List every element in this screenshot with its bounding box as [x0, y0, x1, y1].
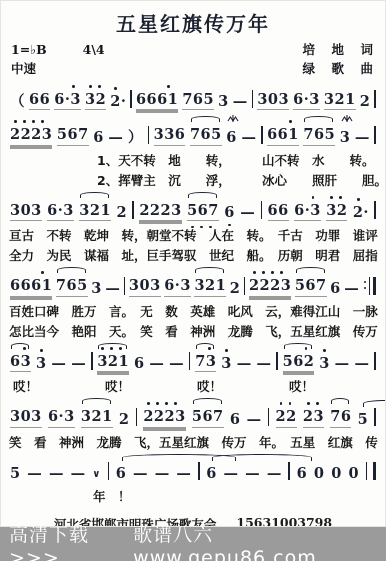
octave-dot-high-icon — [14, 120, 17, 123]
note-digits: 6·3 — [164, 278, 191, 296]
note-group: 2223 — [139, 200, 181, 221]
mordent-ornament-icon — [341, 114, 354, 123]
composer-credit: 绿 歌 曲 — [302, 59, 375, 77]
octave-dot-high-icon — [41, 120, 44, 123]
lyric-exclamation: 哎！ — [193, 377, 285, 395]
note-group: — — [335, 353, 350, 372]
note-group: — — [237, 353, 252, 372]
note-digits: — — [247, 412, 262, 428]
note-digits: 32 — [326, 203, 347, 221]
note-group: 2223 — [249, 275, 291, 296]
note-group: 2223 — [143, 406, 185, 427]
note-group: 336 — [154, 124, 186, 145]
repeat-end-barline — [363, 277, 376, 295]
final-barline — [366, 462, 376, 480]
repeat-dot — [364, 281, 367, 284]
barline — [136, 408, 138, 426]
note-digits: 321 — [97, 354, 129, 372]
note-digits: 23 — [303, 409, 324, 427]
octave-dot-high-icon — [98, 85, 101, 88]
notation-line: （666·3322·66617653—3036·33212 — [7, 78, 379, 113]
note-group: 66 — [29, 89, 50, 110]
footer-bar: 高清下载 >>> 歌谱八六 www.gepu86.com — [0, 527, 386, 561]
note-group: — — [71, 463, 86, 482]
slur-arc — [11, 343, 29, 349]
note-digits: — — [27, 466, 42, 482]
note-group: 321 — [324, 89, 356, 110]
notation-line: 633——3216——733——5623—— — [7, 340, 379, 375]
lyric-exclamation: 哎！ — [9, 377, 101, 395]
note-group: 562 — [283, 351, 315, 372]
note-digits: 32 — [85, 92, 106, 110]
note-digits: 66 — [268, 203, 289, 221]
barline — [374, 126, 376, 144]
octave-dot-high-icon — [280, 271, 283, 274]
note-group: 6·3 — [54, 89, 81, 110]
slur-arc — [196, 343, 214, 349]
note-digits: — — [241, 130, 256, 146]
barline — [288, 462, 290, 480]
note-group: 6 — [330, 278, 341, 297]
octave-dot-high-icon — [280, 402, 283, 405]
barline — [276, 352, 278, 370]
octave-dot-high-icon — [72, 85, 75, 88]
note-group: 23 — [303, 406, 324, 427]
octave-dot-high-icon — [225, 349, 228, 352]
note-digits: 6·3 — [293, 92, 320, 110]
lyrics-line: 年 ！ — [9, 487, 377, 505]
note-digits: 2223 — [143, 409, 185, 427]
header-row-2: 中速 绿 歌 曲 — [11, 59, 375, 77]
octave-dot-high-icon — [32, 120, 35, 123]
note-group: 567 — [192, 406, 224, 427]
key-meter-group: 1=♭B4\4 — [11, 42, 105, 57]
note-digits: 3 — [218, 94, 229, 110]
note-digits: 6·3 — [294, 203, 321, 221]
score-page: 五星红旗传万年 1=♭B4\4 培 地 词 中速 绿 歌 曲 （666·3322… — [0, 0, 386, 561]
note-digits: ∨ — [92, 469, 101, 480]
barline — [108, 462, 110, 480]
octave-dot-high-icon — [323, 349, 326, 352]
note-group: 2· — [110, 91, 126, 110]
note-group: 2· — [353, 202, 369, 221]
note-group: 6 — [226, 127, 237, 146]
note-group: — — [344, 278, 359, 297]
note-group: — — [267, 463, 282, 482]
note-group: 2 — [360, 91, 371, 110]
barline — [261, 126, 263, 144]
note-digits: 2 — [360, 94, 371, 110]
header-row-1: 1=♭B4\4 培 地 词 — [11, 40, 375, 58]
note-digits: — — [51, 356, 66, 372]
note-group: 5 — [10, 463, 21, 482]
note-group: 6·3 — [293, 89, 320, 110]
download-link[interactable]: 高清下载 >>> — [9, 520, 133, 561]
note-group: 6 — [206, 463, 217, 482]
note-digits: 2223 — [139, 203, 181, 221]
octave-dot-high-icon — [316, 402, 319, 405]
octave-dot-high-icon — [253, 271, 256, 274]
note-group: 3 — [319, 353, 330, 372]
note-group: 6 — [116, 463, 127, 482]
note-digits: — — [155, 466, 170, 482]
octave-dot-high-icon — [167, 85, 170, 88]
tie-arc — [363, 400, 386, 407]
note-digits: 6·3 — [48, 409, 75, 427]
note-group: 567 — [295, 275, 327, 296]
note-digits: ） — [128, 130, 143, 146]
note-group: 63 — [10, 351, 31, 372]
barline — [374, 352, 376, 370]
note-group: 6·3 — [48, 406, 75, 427]
note-group: 6·3 — [47, 200, 74, 221]
note-digits: — — [223, 466, 238, 482]
notation-line: 3036·3321222235676—666·3322· — [7, 189, 379, 224]
note-digits: 22 — [276, 409, 297, 427]
note-digits: 2 — [119, 412, 130, 428]
note-group: 3 — [36, 353, 47, 372]
note-digits: 6 — [134, 356, 145, 372]
barline — [148, 126, 150, 144]
note-digits: 6661 — [136, 92, 178, 110]
lyrics-line: 全力 为民 谋福 址，巨手驾驭 世纪 船。 历朝 明君 屈指 数， — [9, 246, 377, 264]
note-group: — — [108, 127, 123, 146]
note-group: 3 — [218, 91, 229, 110]
note-group: — — [257, 353, 272, 372]
note-group: — — [241, 127, 256, 146]
note-digits: 765 — [190, 127, 222, 145]
sheet-area: 五星红旗传万年 1=♭B4\4 培 地 词 中速 绿 歌 曲 （666·3322… — [0, 0, 386, 527]
note-group: 765 — [182, 89, 214, 110]
note-digits: — — [71, 356, 86, 372]
note-digits: 303 — [257, 92, 289, 110]
slur-arc — [296, 267, 325, 273]
octave-dot-high-icon — [147, 402, 150, 405]
note-group: 6661 — [136, 89, 178, 110]
slur-arc — [80, 192, 109, 198]
note-digits: 6 — [93, 130, 104, 146]
note-digits: — — [176, 466, 191, 482]
barline — [124, 277, 126, 295]
octave-dot-high-icon — [23, 120, 26, 123]
note-group: 6·3 — [164, 275, 191, 296]
note-group: 0 — [348, 463, 359, 482]
slur-arc — [331, 398, 349, 404]
octave-dot-high-icon — [289, 402, 292, 405]
breath-mark: ∨ — [92, 462, 101, 481]
note-group: 6 — [230, 409, 241, 428]
note-group: 66 — [268, 200, 289, 221]
note-digits: 6 — [330, 281, 341, 297]
note-digits: — — [257, 356, 272, 372]
slur-arc — [195, 267, 224, 273]
note-group: 5 — [358, 409, 369, 428]
note-digits: 73 — [195, 354, 216, 372]
note-digits: — — [49, 466, 64, 482]
note-digits: 321 — [324, 92, 356, 110]
slur-arc — [57, 267, 86, 273]
note-group: — — [169, 353, 184, 372]
notation-line: 3036·3321222235676—2223765 — [7, 395, 379, 430]
note-group: 765 — [190, 124, 222, 145]
note-group: 661 — [267, 124, 299, 145]
note-digits: 2223 — [10, 127, 52, 145]
note-digits: 6 — [206, 466, 217, 482]
notation-line: 66617653—3036·3321222235676— — [7, 264, 379, 299]
tempo-marking: 中速 — [11, 59, 36, 77]
note-group: 6 — [93, 127, 104, 146]
note-group: 6661 — [10, 275, 52, 296]
octave-dot-high-icon — [41, 271, 44, 274]
note-group: — — [71, 353, 86, 372]
note-digits: 3 — [91, 281, 102, 297]
note-digits: 2223 — [249, 278, 291, 296]
octave-dot-high-icon — [174, 402, 177, 405]
parenthesis: ） — [128, 127, 143, 146]
slur-arc — [193, 398, 222, 404]
note-digits: 321 — [81, 409, 113, 427]
note-digits: 6 — [226, 130, 237, 146]
notation-area: （666·3322·66617653—3036·3321222235676—）3… — [1, 78, 385, 505]
note-group: 765 — [303, 124, 335, 145]
note-group: — — [149, 353, 164, 372]
slur-arc — [304, 116, 333, 122]
note-digits: 76 — [330, 409, 351, 427]
barline — [374, 90, 376, 108]
note-digits: 2 — [230, 281, 241, 297]
octave-dot-high-icon — [156, 402, 159, 405]
note-group: — — [354, 353, 369, 372]
barline — [130, 90, 132, 108]
barline — [252, 90, 254, 108]
note-group: 303 — [10, 200, 42, 221]
note-digits: 303 — [10, 409, 42, 427]
note-digits: — — [354, 356, 369, 372]
note-group: 6·3 — [294, 200, 321, 221]
site-link[interactable]: 歌谱八六 www.gepu86.com — [133, 520, 377, 561]
note-digits: — — [240, 205, 255, 221]
note-group: 6 — [134, 353, 145, 372]
note-digits: — — [71, 466, 86, 482]
note-group: 2 — [119, 409, 130, 428]
note-digits: 0 — [348, 466, 359, 482]
note-digits: 6661 — [10, 278, 52, 296]
note-group: 73 — [195, 351, 216, 372]
note-digits: 3 — [319, 356, 330, 372]
octave-dot-high-icon — [114, 87, 117, 90]
note-digits: — — [335, 356, 350, 372]
lyrics-line: 百姓口碑 胜万 言。 无 数 英雄 叱风 云，难得江山 一脉 传。 — [9, 302, 377, 320]
note-digits: 336 — [154, 127, 186, 145]
note-group: 321 — [81, 406, 113, 427]
barline — [244, 277, 246, 295]
note-digits: — — [149, 356, 164, 372]
note-digits: 562 — [283, 354, 315, 372]
note-digits: 63 — [10, 354, 31, 372]
octave-dot-high-icon — [312, 196, 315, 199]
note-digits: 5 — [358, 412, 369, 428]
octave-dot-high-icon — [40, 349, 43, 352]
note-digits: — — [245, 466, 260, 482]
octave-dot-high-icon — [165, 402, 168, 405]
lyric-exclamation: 哎！ — [285, 377, 377, 395]
lyrics-line: 亘古 不转 乾坤 转，朝堂不转 人在 转。 千古 功罪 谁评 说？ — [9, 226, 377, 244]
lyrics-line: 笑 看 神洲 龙腾 飞，五星红旗 传万 年。 五星 红旗 传 万 — [9, 433, 377, 451]
barline — [91, 352, 93, 370]
octave-dot-high-icon — [271, 271, 274, 274]
octave-dot-high-icon — [357, 198, 360, 201]
note-digits: 6·3 — [47, 203, 74, 221]
note-group: — — [245, 463, 260, 482]
note-group: 567 — [187, 200, 219, 221]
note-digits: 303 — [10, 203, 42, 221]
note-digits: — — [237, 356, 252, 372]
note-digits: 2· — [110, 94, 126, 110]
repeat-dot — [364, 287, 367, 290]
mordent-ornament-icon — [227, 114, 240, 123]
note-group: — — [155, 463, 170, 482]
octave-dot-high-icon — [89, 85, 92, 88]
barline — [189, 352, 191, 370]
note-digits: 567 — [192, 409, 224, 427]
note-group: 3 — [221, 353, 232, 372]
note-digits: — — [108, 130, 123, 146]
note-digits: 0 — [314, 466, 325, 482]
octave-dot-high-icon — [289, 120, 292, 123]
note-group: 303 — [129, 275, 161, 296]
note-digits: 66 — [29, 92, 50, 110]
note-digits: 765 — [56, 278, 88, 296]
note-group: 2223 — [10, 124, 52, 145]
note-group: 321 — [79, 200, 111, 221]
tie-arc — [212, 454, 312, 461]
note-digits: 6 — [224, 205, 235, 221]
note-group: 32 — [85, 89, 106, 110]
note-digits: 5 — [10, 466, 21, 482]
octave-dot-high-icon — [339, 196, 342, 199]
note-group: 303 — [257, 89, 289, 110]
lyricist-credit: 培 地 词 — [302, 40, 375, 58]
song-title: 五星红旗传万年 — [1, 8, 385, 37]
note-group: 3 — [340, 127, 351, 146]
note-digits: 6·3 — [54, 92, 81, 110]
octave-dot-high-icon — [307, 402, 310, 405]
note-digits: 2· — [353, 205, 369, 221]
note-digits: — — [233, 94, 248, 110]
note-digits: 6 — [116, 466, 127, 482]
note-digits: （ — [10, 94, 25, 110]
note-group: 32 — [326, 200, 347, 221]
note-group: 765 — [56, 275, 88, 296]
note-group: — — [49, 463, 64, 482]
notation-line: 22235676—）3367656—6617653— — [7, 113, 379, 148]
note-digits: 3 — [36, 356, 47, 372]
note-group: — — [223, 463, 238, 482]
note-digits: 0 — [331, 466, 342, 482]
note-digits: — — [355, 130, 370, 146]
note-group: 6 — [224, 202, 235, 221]
lyric-exclamation: 哎！ — [101, 377, 193, 395]
slur-arc — [98, 343, 127, 349]
note-group: — — [240, 202, 255, 221]
lyrics-line: 1、天不转 地 转， 山不转 水 转。 — [9, 151, 377, 169]
slur-arc — [284, 343, 313, 349]
barline — [198, 462, 200, 480]
note-digits: 321 — [194, 278, 226, 296]
note-digits: 321 — [79, 203, 111, 221]
slur-arc — [191, 116, 220, 122]
lyrics-line: 怎比当今 艳阳 天。 笑 看 神洲 龙腾 飞，五星红旗 传万 年。 — [9, 322, 377, 340]
note-group: 2 — [116, 202, 127, 221]
key-signature: 1=♭B — [11, 42, 47, 57]
barline — [268, 408, 270, 426]
slur-arc — [82, 398, 111, 404]
note-group: — — [247, 409, 262, 428]
note-digits: 6 — [230, 412, 241, 428]
parenthesis: （ — [10, 91, 25, 110]
slur-arc — [188, 192, 217, 198]
note-digits: 661 — [267, 127, 299, 145]
note-digits: 765 — [303, 127, 335, 145]
note-digits: 303 — [129, 278, 161, 296]
lyrics-line: 2、挥臂主 沉 浮， 冰心 照肝 胆。 — [9, 171, 377, 189]
note-group: 321 — [194, 275, 226, 296]
note-group: 22 — [276, 406, 297, 427]
note-digits: 2 — [116, 205, 127, 221]
note-group: — — [355, 127, 370, 146]
note-digits: 567 — [187, 203, 219, 221]
note-digits: 567 — [295, 278, 327, 296]
note-digits: — — [105, 281, 120, 297]
octave-dot-high-icon — [330, 196, 333, 199]
note-digits: 567 — [57, 127, 89, 145]
notation-line: 5———∨6———6———6000 — [7, 451, 379, 485]
note-group: 0 — [331, 463, 342, 482]
note-group: — — [133, 463, 148, 482]
note-group: 76 — [330, 406, 351, 427]
note-digits: 3 — [221, 356, 232, 372]
note-group: 6 — [297, 463, 308, 482]
note-digits: 765 — [182, 92, 214, 110]
note-group: — — [51, 353, 66, 372]
barline — [261, 201, 263, 219]
note-group: 0 — [314, 463, 325, 482]
octave-dot-high-icon — [262, 271, 265, 274]
barline — [374, 408, 376, 426]
note-group: — — [233, 91, 248, 110]
note-digits: 3 — [340, 130, 351, 146]
note-group: — — [27, 463, 42, 482]
note-digits: — — [133, 466, 148, 482]
note-digits: — — [169, 356, 184, 372]
lyrics-line: 哎！哎！哎！哎！ — [9, 377, 377, 395]
note-group: — — [105, 278, 120, 297]
barline — [132, 201, 134, 219]
note-group: — — [176, 463, 191, 482]
note-digits: 6 — [297, 466, 308, 482]
note-group: 303 — [10, 406, 42, 427]
note-group: 3 — [91, 278, 102, 297]
time-signature: 4\4 — [83, 42, 105, 57]
note-digits: — — [267, 466, 282, 482]
note-group: 567 — [57, 124, 89, 145]
note-digits: — — [344, 281, 359, 297]
note-group: 2 — [230, 278, 241, 297]
note-group: 321 — [97, 351, 129, 372]
barline — [374, 201, 376, 219]
